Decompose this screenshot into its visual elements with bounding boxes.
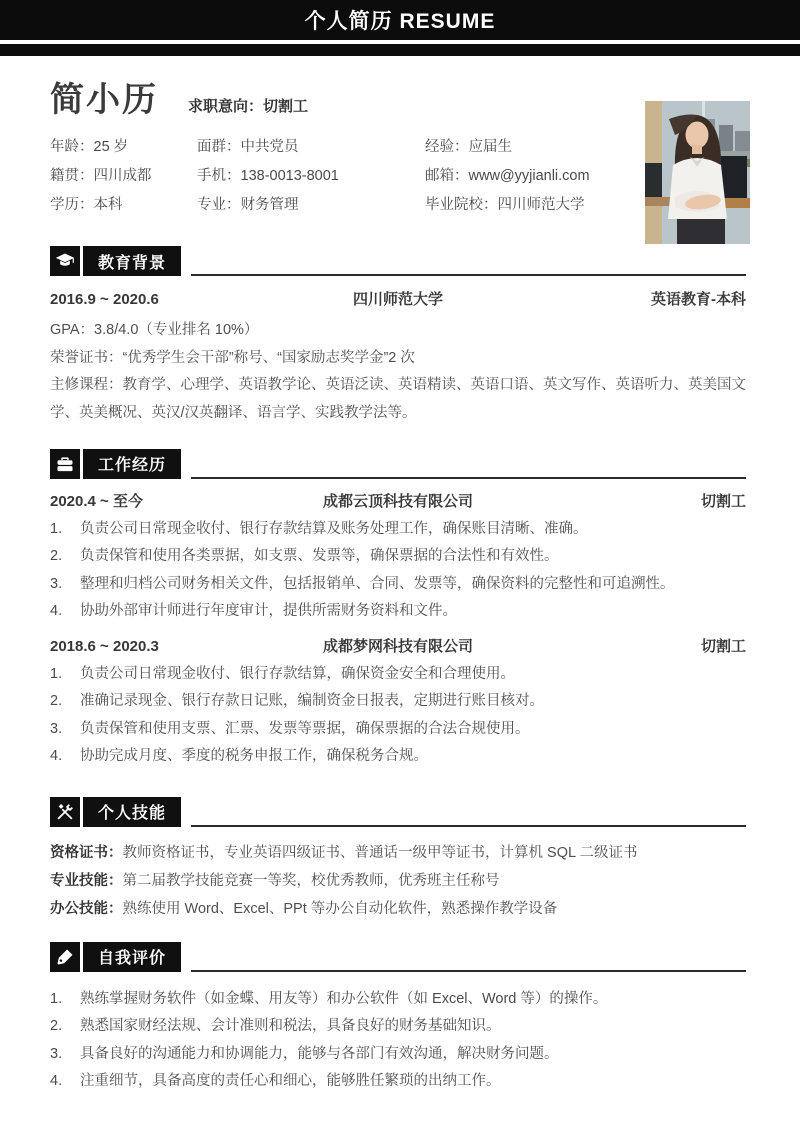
evaluation-section: 自我评价 熟练掌握财务软件（如金蝶、用友等）和办公软件（如 Excel、Word… xyxy=(50,942,746,1096)
duty-text: 负责保管和使用各类票据，如支票、发票等，确保票据的合法性和有效性。 xyxy=(80,543,559,571)
skill-text: 熟练使用 Word、Excel、PPt 等办公自动化软件，熟悉操作教学设备 xyxy=(123,901,558,917)
info-value: 四川成都 xyxy=(94,168,152,184)
work-section: 工作经历 2020.4 ~ 至今 成都云顶科技有限公司 切割工 负责公司日常现金… xyxy=(50,449,746,771)
graduation-cap-icon xyxy=(50,246,80,276)
section-rule xyxy=(191,970,746,972)
evaluation-item: 熟悉国家财经法规、会计准则和税法，具备良好的财务基础知识。 xyxy=(50,1013,746,1041)
info-value: 中共党员 xyxy=(241,139,299,155)
evaluation-text: 具备良好的沟通能力和协调能力，能够与各部门有效沟通，解决财务问题。 xyxy=(80,1041,559,1069)
info-field-email: 邮箱：www@yyjianli.com xyxy=(425,165,625,187)
page-title: 个人简历 RESUME xyxy=(305,5,496,35)
page-banner: 个人简历 RESUME xyxy=(0,0,800,40)
info-field-political: 面群：中共党员 xyxy=(197,136,425,158)
basic-info-grid: 年龄：25 岁 面群：中共党员 经验：应届生 籍贯：四川成都 手机：138-00… xyxy=(50,136,625,216)
info-field-major: 专业：财务管理 xyxy=(197,194,425,216)
info-label: 学历： xyxy=(50,197,94,213)
job-duty: 整理和归档公司财务相关文件，包括报销单、合同、发票等，确保资料的完整性和可追溯性… xyxy=(50,571,746,599)
info-value: 财务管理 xyxy=(241,197,299,213)
job-role: 切割工 xyxy=(701,636,746,658)
info-label: 专业： xyxy=(197,197,241,213)
duty-text: 协助外部审计师进行年度审计，提供所需财务资料和文件。 xyxy=(80,598,457,626)
skills-section-header: 个人技能 xyxy=(50,797,746,827)
info-label: 籍贯： xyxy=(50,168,94,184)
job-company: 成都梦网科技有限公司 xyxy=(323,636,473,658)
gpa-line: GPA：3.8/4.0（专业排名 10%） xyxy=(50,317,746,345)
info-field-phone: 手机：138-0013-8001 xyxy=(197,165,425,187)
skill-label: 资格证书： xyxy=(50,845,123,861)
section-title: 自我评价 xyxy=(83,942,181,972)
skills-section: 个人技能 资格证书：教师资格证书，专业英语四级证书、普通话一级甲等证书，计算机 … xyxy=(50,797,746,923)
job-entry: 2020.4 ~ 至今 成都云顶科技有限公司 切割工 xyxy=(50,491,746,513)
duty-text: 整理和归档公司财务相关文件，包括报销单、合同、发票等，确保资料的完整性和可追溯性… xyxy=(80,571,675,599)
info-field-age: 年龄：25 岁 xyxy=(50,136,197,158)
job-duty: 协助外部审计师进行年度审计，提供所需财务资料和文件。 xyxy=(50,598,746,626)
education-period: 2016.9 ~ 2020.6 xyxy=(50,289,159,311)
section-title: 个人技能 xyxy=(83,797,181,827)
education-details: GPA：3.8/4.0（专业排名 10%） 荣誉证书：“优秀学生会干部”称号、“… xyxy=(50,317,746,428)
skill-line-office: 办公技能：熟练使用 Word、Excel、PPt 等办公自动化软件，熟悉操作教学… xyxy=(50,895,746,923)
section-rule xyxy=(191,825,746,827)
skill-line-certificates: 资格证书：教师资格证书，专业英语四级证书、普通话一级甲等证书，计算机 SQL 二… xyxy=(50,839,746,867)
education-degree: 英语教育-本科 xyxy=(651,289,746,311)
skill-label: 专业技能： xyxy=(50,873,123,889)
candidate-name: 简小历 xyxy=(50,72,158,121)
evaluation-item: 注重细节，具备高度的责任心和细心，能够胜任繁琐的出纳工作。 xyxy=(50,1068,746,1096)
info-value: 138-0013-8001 xyxy=(241,168,339,184)
duty-text: 协助完成月度、季度的税务申报工作，确保税务合规。 xyxy=(80,743,428,771)
evaluation-text: 熟练掌握财务软件（如金蝶、用友等）和办公软件（如 Excel、Word 等）的操… xyxy=(80,986,607,1014)
banner-rule xyxy=(0,44,800,56)
info-label: 毕业院校： xyxy=(425,197,498,213)
duty-text: 负责公司日常现金收付、银行存款结算及账务处理工作，确保账目清晰、准确。 xyxy=(80,516,588,544)
section-rule xyxy=(191,477,746,479)
evaluation-item: 熟练掌握财务软件（如金蝶、用友等）和办公软件（如 Excel、Word 等）的操… xyxy=(50,986,746,1014)
info-field-hometown: 籍贯：四川成都 xyxy=(50,165,197,187)
work-section-header: 工作经历 xyxy=(50,449,746,479)
evaluation-section-header: 自我评价 xyxy=(50,942,746,972)
job-entry: 2018.6 ~ 2020.3 成都梦网科技有限公司 切割工 xyxy=(50,636,746,658)
info-value: www@yyjianli.com xyxy=(469,168,590,184)
info-label: 邮箱： xyxy=(425,168,469,184)
courses-line: 主修课程：教育学、心理学、英语教学论、英语泛读、英语精读、英语口语、英文写作、英… xyxy=(50,372,746,427)
section-title: 教育背景 xyxy=(83,246,181,276)
info-label: 手机： xyxy=(197,168,241,184)
info-value: 四川师范大学 xyxy=(498,197,585,213)
job-duty: 负责保管和使用支票、汇票、发票等票据，确保票据的合法合规使用。 xyxy=(50,716,746,744)
info-value: 应届生 xyxy=(469,139,513,155)
info-label: 面群： xyxy=(197,139,241,155)
job-duty: 负责保管和使用各类票据，如支票、发票等，确保票据的合法性和有效性。 xyxy=(50,543,746,571)
info-field-degree: 学历：本科 xyxy=(50,194,197,216)
evaluation-list: 熟练掌握财务软件（如金蝶、用友等）和办公软件（如 Excel、Word 等）的操… xyxy=(50,986,746,1096)
education-section-header: 教育背景 xyxy=(50,246,746,276)
duty-text: 负责保管和使用支票、汇票、发票等票据，确保票据的合法合规使用。 xyxy=(80,716,530,744)
name-row: 简小历 求职意向：切割工 xyxy=(50,72,746,114)
job-duty: 协助完成月度、季度的税务申报工作，确保税务合规。 xyxy=(50,743,746,771)
profile-photo xyxy=(645,101,750,244)
evaluation-text: 熟悉国家财经法规、会计准则和税法，具备良好的财务基础知识。 xyxy=(80,1013,501,1041)
section-title: 工作经历 xyxy=(83,449,181,479)
info-field-school: 毕业院校：四川师范大学 xyxy=(425,194,625,216)
job-duty-list: 负责公司日常现金收付、银行存款结算及账务处理工作，确保账目清晰、准确。 负责保管… xyxy=(50,516,746,626)
evaluation-text: 注重细节，具备高度的责任心和细心，能够胜任繁琐的出纳工作。 xyxy=(80,1068,501,1096)
job-company: 成都云顶科技有限公司 xyxy=(323,491,473,513)
education-section: 教育背景 2016.9 ~ 2020.6 四川师范大学 英语教育-本科 GPA：… xyxy=(50,246,746,428)
education-entry: 2016.9 ~ 2020.6 四川师范大学 英语教育-本科 xyxy=(50,289,746,311)
job-duty: 准确记录现金、银行存款日记账，编制资金日报表，定期进行账目核对。 xyxy=(50,688,746,716)
job-intention: 求职意向：切割工 xyxy=(188,95,308,116)
skills-list: 资格证书：教师资格证书，专业英语四级证书、普通话一级甲等证书，计算机 SQL 二… xyxy=(50,839,746,923)
tools-icon xyxy=(50,797,80,827)
job-period: 2018.6 ~ 2020.3 xyxy=(50,636,159,658)
section-rule xyxy=(191,274,746,276)
skill-text: 第二届教学技能竞赛一等奖，校优秀教师，优秀班主任称号 xyxy=(123,873,500,889)
profile-photo-image xyxy=(645,101,750,244)
info-field-experience: 经验：应届生 xyxy=(425,136,625,158)
skill-label: 办公技能： xyxy=(50,901,123,917)
job-role: 切割工 xyxy=(701,491,746,513)
duty-text: 负责公司日常现金收付、银行存款结算，确保资金安全和合理使用。 xyxy=(80,661,515,689)
duty-text: 准确记录现金、银行存款日记账，编制资金日报表，定期进行账目核对。 xyxy=(80,688,544,716)
job-period: 2020.4 ~ 至今 xyxy=(50,491,143,513)
skill-line-professional: 专业技能：第二届教学技能竞赛一等奖，校优秀教师，优秀班主任称号 xyxy=(50,867,746,895)
education-school: 四川师范大学 xyxy=(353,289,443,311)
job-duty: 负责公司日常现金收付、银行存款结算，确保资金安全和合理使用。 xyxy=(50,661,746,689)
skill-text: 教师资格证书，专业英语四级证书、普通话一级甲等证书，计算机 SQL 二级证书 xyxy=(123,845,638,861)
info-label: 年龄： xyxy=(50,139,94,155)
info-value: 25 岁 xyxy=(94,139,129,155)
briefcase-icon xyxy=(50,449,80,479)
job-duty-list: 负责公司日常现金收付、银行存款结算，确保资金安全和合理使用。 准确记录现金、银行… xyxy=(50,661,746,771)
honors-line: 荣誉证书：“优秀学生会干部”称号、“国家励志奖学金”2 次 xyxy=(50,345,746,373)
evaluation-item: 具备良好的沟通能力和协调能力，能够与各部门有效沟通，解决财务问题。 xyxy=(50,1041,746,1069)
resume-body: 简小历 求职意向：切割工 年龄：25 岁 面群：中共党员 经验：应届生 籍贯：四… xyxy=(0,72,800,1096)
info-value: 本科 xyxy=(94,197,123,213)
pen-icon xyxy=(50,942,80,972)
info-label: 经验： xyxy=(425,139,469,155)
job-duty: 负责公司日常现金收付、银行存款结算及账务处理工作，确保账目清晰、准确。 xyxy=(50,516,746,544)
